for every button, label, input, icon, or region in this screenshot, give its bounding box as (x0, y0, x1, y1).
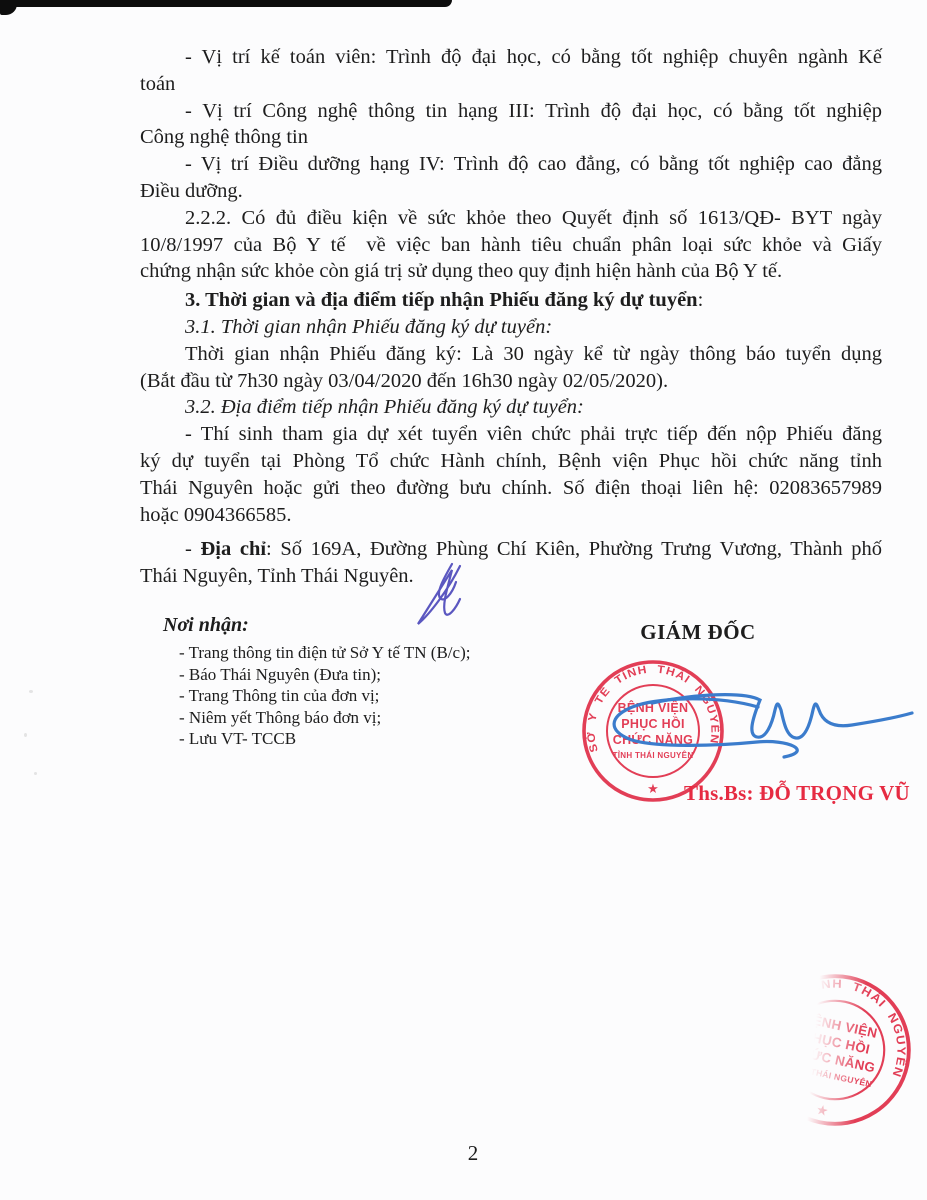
recipient-item: - Niêm yết Thông báo đơn vị; (163, 707, 470, 729)
paragraph: 3.1. Thời gian nhận Phiếu đăng ký dự tuy… (140, 314, 882, 341)
text-line: 3. Thời gian và địa điểm tiếp nhận Phiếu… (140, 287, 882, 314)
stamp-star: ★ (647, 781, 659, 796)
recipient-item: - Trang thông tin điện tử Sở Y tế TN (B/… (163, 642, 470, 664)
director-signature (560, 640, 927, 780)
scan-corner-artifact (0, 0, 17, 15)
text-line: - Vị trí kế toán viên: Trình độ đại học,… (140, 44, 882, 71)
recipient-item: - Báo Thái Nguyên (Đưa tin); (163, 664, 470, 686)
scanned-document-page: - Vị trí kế toán viên: Trình độ đại học,… (0, 0, 927, 1200)
text-line: 3.1. Thời gian nhận Phiếu đăng ký dự tuy… (140, 314, 882, 341)
signer-name: Ths.Bs: ĐỖ TRỌNG VŨ (684, 781, 910, 806)
paragraph: - Địa chỉ: Số 169A, Đường Phùng Chí Kiên… (140, 536, 882, 590)
text-line: 3.2. Địa điểm tiếp nhận Phiếu đăng ký dự… (140, 394, 882, 421)
paragraph: Thời gian nhận Phiếu đăng ký: Là 30 ngày… (140, 341, 882, 395)
text-line: 2.2.2. Có đủ điều kiện về sức khỏe theo … (140, 205, 882, 232)
paragraph: - Vị trí Công nghệ thông tin hạng III: T… (140, 98, 882, 152)
text-line: 10/8/1997 của Bộ Y tế về việc ban hành t… (140, 232, 882, 259)
text-line: Thời gian nhận Phiếu đăng ký: Là 30 ngày… (140, 341, 882, 368)
text-line: Thái Nguyên, Tỉnh Thái Nguyên. (140, 563, 882, 590)
stamp-fade-overlay (735, 948, 927, 1148)
text-line: hoặc 0904366585. (140, 502, 882, 529)
scan-speck (34, 772, 37, 775)
text-line: (Bắt đầu từ 7h30 ngày 03/04/2020 đến 16h… (140, 368, 882, 395)
scan-speck (29, 690, 33, 693)
text-line: toán (140, 71, 882, 98)
signature-strokes (614, 695, 912, 757)
recipients-list: - Trang thông tin điện tử Sở Y tế TN (B/… (163, 642, 470, 750)
paragraph: 3.2. Địa điểm tiếp nhận Phiếu đăng ký dự… (140, 394, 882, 421)
recipient-item: - Trang Thông tin của đơn vị; (163, 685, 470, 707)
paragraph: - Vị trí kế toán viên: Trình độ đại học,… (140, 44, 882, 98)
text-line: Thái Nguyên hoặc gửi theo đường bưu chín… (140, 475, 882, 502)
text-line: Điều dưỡng. (140, 178, 882, 205)
text-line: ký dự tuyển tại Phòng Tổ chức Hành chính… (140, 448, 882, 475)
text-line: - Vị trí Điều dưỡng hạng IV: Trình độ ca… (140, 151, 882, 178)
text-line: chứng nhận sức khỏe còn giá trị sử dụng … (140, 258, 882, 285)
text-line: - Thí sinh tham gia dự xét tuyển viên ch… (140, 421, 882, 448)
paragraph: - Vị trí Điều dưỡng hạng IV: Trình độ ca… (140, 151, 882, 205)
recipient-item: - Lưu VT- TCCB (163, 728, 470, 750)
page-number: 2 (0, 1141, 927, 1166)
text-line: - Vị trí Công nghệ thông tin hạng III: T… (140, 98, 882, 125)
text-line: Công nghệ thông tin (140, 124, 882, 151)
document-body: - Vị trí kế toán viên: Trình độ đại học,… (140, 44, 882, 590)
paragraph: - Thí sinh tham gia dự xét tuyển viên ch… (140, 421, 882, 528)
text-line: - Địa chỉ: Số 169A, Đường Phùng Chí Kiên… (140, 536, 882, 563)
paragraph: 3. Thời gian và địa điểm tiếp nhận Phiếu… (140, 287, 882, 314)
scan-edge-artifact (0, 0, 452, 7)
scan-speck (24, 733, 27, 737)
recipients-block: Nơi nhận: - Trang thông tin điện tử Sở Y… (163, 614, 470, 750)
recipients-title: Nơi nhận: (163, 614, 470, 637)
paragraph: 2.2.2. Có đủ điều kiện về sức khỏe theo … (140, 205, 882, 285)
